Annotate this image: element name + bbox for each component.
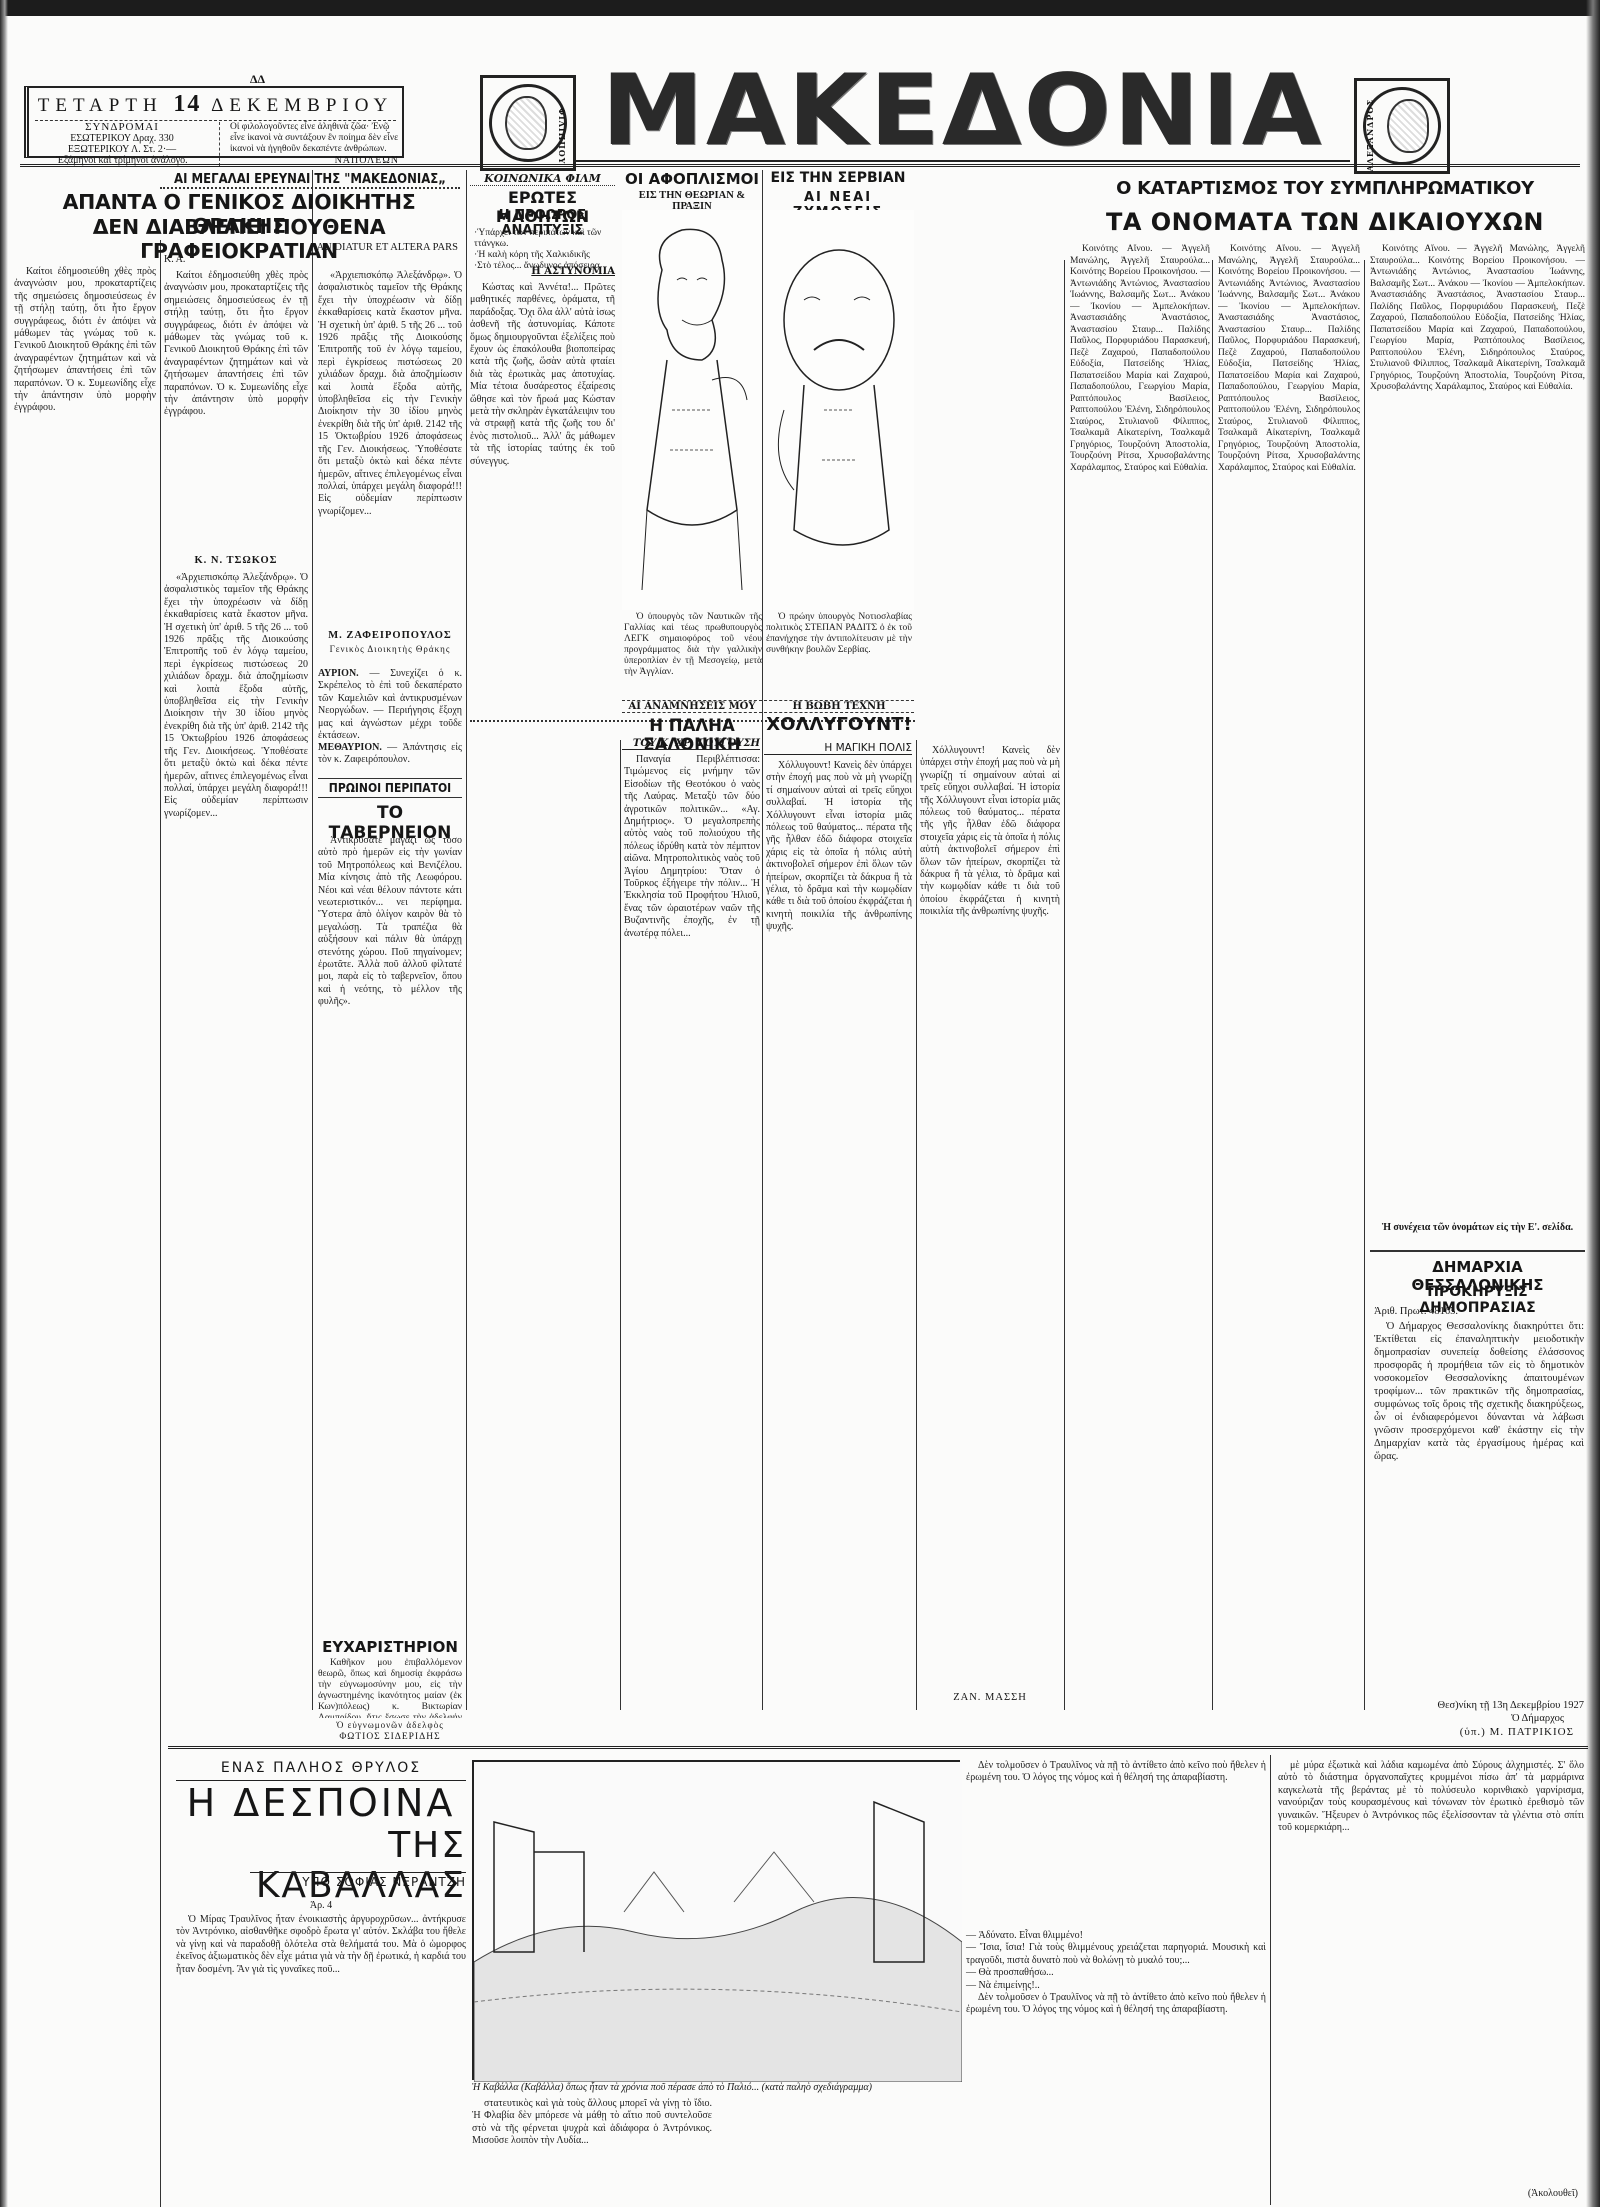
subscription-exterior: ΕΞΩΤΕΡΙΚΟΥ Λ. Στ. 2·—	[37, 144, 207, 155]
hollywood-author: ΖΑΝ. ΜΑΣΣΗ	[920, 1692, 1060, 1703]
hollywood-body-col1: Χόλλυγουντ! Κανεὶς δὲν ὑπάρχει στὴν ἐποχ…	[766, 760, 912, 1680]
students-kicker: ΚΟΙΝΩΝΙΚΑ ΦΙΛΜ	[470, 172, 615, 186]
scan-left-edge	[0, 0, 8, 2207]
thanks-headline: ΕΥΧΑΡΙΣΤΗΡΙΟΝ	[318, 1638, 462, 1656]
column-rule	[620, 740, 621, 1710]
hollywood-headline: ΧΟΛΛΥΓΟΥΝΤ!	[764, 714, 914, 735]
serial-byline: ΥΠΟ ΣΟΦΙΑΣ ΝΕΡΑΝΤΖΗ	[250, 1872, 466, 1889]
day-after-label: ΜΕΘΑΥΡΙΟΝ.	[318, 742, 382, 753]
cartoon-leygues	[622, 210, 762, 610]
landscape-sketch-icon	[474, 1762, 962, 2082]
tender-signatory: (ὑπ.) Μ. ΠΑΤΡΙΚΙΟΣ	[1224, 1726, 1574, 1738]
morning-section: ΠΡΩΙΝΟΙ ΠΕΡΙΠΑΤΟΙ	[318, 778, 462, 798]
tender-reference: Ἀριθ. Πρωτ. 48165.	[1374, 1306, 1584, 1317]
serial-top-rule	[168, 1746, 1588, 1749]
hollywood-body-col2: Χόλλυγουντ! Κανεὶς δὲν ὑπάρχει στὴν ἐποχ…	[920, 745, 1060, 1690]
pension-kicker: Ο ΚΑΤΑΡΤΙΣΜΟΣ ΤΟΥ ΣΥΜΠΛΗΡΩΜΑΤΙΚΟΥ	[1070, 178, 1580, 199]
column-rule	[1064, 260, 1065, 1710]
alexander-head-icon	[1387, 99, 1429, 153]
thanks-name: ΦΩΤΙΟΣ ΣΙΔΕΡΙΔΗΣ	[318, 1732, 462, 1742]
tavern-body: Ἀντικρύσατε μαγαζὶ ὡς τόσο αὐτὸ πρὸ ἡμερ…	[318, 835, 462, 1475]
newspaper-title: ΜΑΚΕΔΟΝΙΑ	[556, 62, 1370, 160]
reply-tomorrow: ΑΥΡΙΟΝ. — Συνεχίζει ὁ κ. Σκρέπελος τὸ ἐπ…	[318, 668, 462, 742]
thrace-body-col2: Καίτοι ἐδημοσιεύθη χθὲς πρὸς ἀναγνώσιν μ…	[164, 270, 308, 550]
memories-section: ΑΙ ΑΝΑΜΝΗΣΕΙΣ ΜΟΥ	[622, 700, 762, 713]
dialogue-line: — Νὰ ἐπιμείνῃς!..	[966, 1980, 1266, 1992]
serial-kicker: ΕΝΑΣ ΠΑΛΗΟΣ ΘΡΥΛΟΣ	[176, 1760, 466, 1776]
tender-signoff: Ὁ Δήμαρχος	[1224, 1713, 1564, 1724]
issue-day: ΤΕΤΑΡΤΗ	[38, 95, 163, 116]
pension-body-col2: Κοινότης Αἴνου. — Ἀγγελῆ Μανώλης, Ἀγγελῆ…	[1218, 244, 1360, 1709]
summary-line: ·Ἡ καλὴ κόρη τῆς Χαλκιδικῆς	[474, 250, 614, 261]
reply-signature-title: Γενικὸς Διοικητὴς Θράκης	[318, 644, 462, 654]
masthead-quote: Οἱ φιλολογοῦντες εἶνε ἀληθινὰ ζῶα· Ἐνῷ ε…	[219, 122, 399, 166]
cartoon1-subtitle: ΕΙΣ ΤΗΝ ΘΕΩΡΙΑΝ & ΠΡΑΞΙΝ	[622, 190, 762, 212]
serial-dialogue-column: Δὲν τολμοῦσεν ὁ Τραυλῖνος νὰ πῇ τὸ ἀντίθ…	[966, 1760, 1266, 2205]
date-subscription-box: ΤΕΤΑΡΤΗ 14 ΔΕΚΕΜΒΡΙΟΥ ΣΥΝΔΡΟΜΑΙ ΕΣΩΤΕΡΙΚ…	[24, 86, 404, 158]
title-rule	[575, 160, 1350, 162]
serial-body-4: μὲ μύρα ἐξωτικὰ καὶ λάδια καμωμένα ἀπὸ Σ…	[1278, 1760, 1584, 2185]
hollywood-section: Η ΒΩΒΗ ΤΕΧΝΗ	[764, 700, 914, 713]
thrace-kicker: ΑΙ ΜΕΓΑΛΑΙ ΕΡΕΥΝΑΙ ΤΗΣ "ΜΑΚΕΔΟΝΙΑΣ„	[160, 172, 460, 189]
cartoon2-title: ΕΙΣ ΤΗΝ ΣΕΡΒΙΑΝ	[764, 170, 912, 186]
subscription-interior: ΕΣΩΤΕΡΙΚΟΥ Δραχ. 330	[37, 133, 207, 144]
serial-continued: (Ἀκολουθεῖ)	[1278, 2188, 1578, 2199]
dialogue-line: — Θὰ προσπαθήσω...	[966, 1967, 1266, 1979]
issue-date: ΤΕΤΑΡΤΗ 14 ΔΕΚΕΜΒΡΙΟΥ	[35, 91, 396, 121]
thrace-body-col1: Καίτοι ἐδημοσιεύθη χθὲς πρὸς ἀναγνώσιν μ…	[14, 266, 156, 1706]
serial-body-1: Ὁ Μίρας Τραυλῖνος ἦταν ἐνοικιαστὴς ἀργυρ…	[176, 1914, 466, 2204]
cartoon2-caption: Ὁ πρώην ὑπουργὸς Νοτιοσλαβίας πολιτικὸς …	[766, 612, 912, 656]
tender-date: Θεσ)νίκη τῇ 13η Δεκεμβρίου 1927	[1224, 1700, 1584, 1711]
tender-body: Ὁ Δήμαρχος Θεσσαλονίκης διακηρύττει ὅτι:…	[1374, 1320, 1584, 1730]
thrace-signature: Κ. Ν. ΤΣΩΚΟΣ	[164, 555, 308, 566]
cartoon1-title: ΟΙ ΑΦΟΠΛΙΣΜΟΙ	[622, 170, 762, 188]
thrace-body-col2-cont: «Ἀρχιεπισκόπῳ Ἀλεξάνδρῳ». Ὁ ἀσφαλιστικὸς…	[164, 572, 308, 1707]
dialogue-line: — Ἀδύνατο. Εἶναι θλιμμένο!	[966, 1930, 1266, 1942]
caricature-figure-icon	[764, 210, 914, 610]
pension-headline: ΤΑ ΟΝΟΜΑΤΑ ΤΩΝ ΔΙΚΑΙΟΥΧΩΝ	[1070, 208, 1580, 236]
column-rule	[312, 170, 313, 1710]
serial-title-2: ΤΗΣ ΚΑΒΑΛΛΑΣ	[176, 1826, 466, 1906]
column-rule	[916, 740, 917, 1710]
subscription-heading: ΣΥΝΔΡΟΜΑΙ	[37, 122, 207, 133]
reply-day-after: ΜΕΘΑΥΡΙΟΝ. — Ἀπάντησις εἰς τὸν κ. Ζαφειρ…	[318, 742, 462, 767]
issue-month: ΔΕΚΕΜΒΡΙΟΥ	[211, 95, 393, 116]
coin-legend: ΑΛΕΞΑΝΔΡΟΣ	[1365, 99, 1375, 172]
memories-body: Παναγία Περιβλέπτισσα: Τιμώμενος εἰς μνή…	[624, 754, 760, 1707]
serial-body-3b: Δὲν τολμοῦσεν ὁ Τραυλῖνος νὰ πῇ τὸ ἀντίθ…	[966, 1992, 1266, 2152]
pension-continued: Ἡ συνέχεια τῶν ὀνομάτων εἰς τὴν Ε'. σελί…	[1370, 1222, 1585, 1233]
column-rule	[1212, 260, 1213, 1710]
laureate-head-icon	[505, 96, 547, 150]
thrace-reply-col3: «Ἀρχιεπισκόπῳ Ἀλεξάνδρῳ». Ὁ ἀσφαλιστικὸς…	[318, 270, 462, 620]
sheet-mark: ΔΔ	[250, 72, 265, 87]
serial-chapter: Ἀρ. 4	[176, 1900, 466, 1911]
scan-top-edge	[0, 0, 1600, 16]
column-rule	[160, 240, 161, 2207]
thrace-motto: AU DIATUR ET ALTERA PARS	[200, 242, 458, 253]
students-section: Η ΑΣΤΥΝΟΜΙΑ	[470, 266, 615, 277]
masthead-rule	[20, 164, 1580, 167]
caricature-figure-icon	[622, 210, 762, 610]
kavala-illustration	[472, 1760, 960, 2080]
thanks-body: Καθῆκον μου ἐπιβαλλόμενον θεωρῶ, ὅπως κα…	[318, 1658, 462, 1718]
scan-right-edge	[1586, 0, 1600, 2207]
column-rule	[1364, 260, 1365, 1710]
serial-body-2: στατευτικὸς καὶ γιὰ τοὺς ἄλλους μπορεῖ ν…	[472, 2098, 712, 2206]
subscription-rates: ΣΥΝΔΡΟΜΑΙ ΕΣΩΤΕΡΙΚΟΥ Δραχ. 330 ΕΞΩΤΕΡΙΚΟ…	[37, 122, 207, 166]
reply-signature-name: Μ. ΖΑΦΕΙΡΟΠΟΥΛΟΣ	[318, 630, 462, 641]
students-body: Κώστας καὶ Ἀννέτα!... Πρῶτες μαθητικές π…	[470, 282, 615, 1707]
memories-byline: ΤΟΥ Κ. ΧΡ. ΓΟΥΓΟΥΣΗ	[622, 738, 760, 750]
thanks-signoff: Ὁ εὐγνωμονῶν ἀδελφὸς	[318, 1720, 462, 1730]
cartoon-raditch	[764, 210, 914, 610]
quote-text: Οἱ φιλολογοῦντες εἶνε ἀληθινὰ ζῶα· Ἐνῷ ε…	[230, 122, 399, 155]
dialogue-line: — Ἴσια, ἴσια! Γιὰ τοὺς θλιμμένους χρειάζ…	[966, 1942, 1266, 1967]
hollywood-subhead: Η ΜΑΓΙΚΗ ΠΟΛΙΣ	[764, 742, 912, 755]
tomorrow-label: ΑΥΡΙΟΝ.	[318, 668, 359, 679]
column-rule	[762, 170, 763, 1710]
tender-rule	[1370, 1250, 1585, 1252]
illustration-caption: Ἡ Καβάλλα (Καβάλλα) ὅπως ἦταν τὰ χρόνια …	[472, 2082, 960, 2093]
summary-line: ·Ὑπάρχει τῶν περιπάτων καὶ τῶν ττάνγκω.	[474, 228, 614, 250]
coin-alexander-emblem: ΑΛΕΞΑΝΔΡΟΣ	[1354, 78, 1450, 174]
column-rule	[1270, 1755, 1271, 2205]
pension-body-col3: Κοινότης Αἴνου. — Ἀγγελῆ Μανώλης, Ἀγγελῆ…	[1370, 244, 1585, 1229]
column-rule	[466, 170, 467, 1710]
serial-body-3a: Δὲν τολμοῦσεν ὁ Τραυλῖνος νὰ πῇ τὸ ἀντίθ…	[966, 1760, 1266, 1930]
pension-body-col1: Κοινότης Αἴνου. — Ἀγγελῆ Μανώλης, Ἀγγελῆ…	[1070, 244, 1210, 1709]
serial-title-1: Η ΔΕΣΠΟΙΝΑ	[176, 1782, 466, 1824]
thrace-byline: Κ. Α.	[164, 254, 185, 265]
issue-date-number: 14	[173, 91, 201, 117]
thrace-headline-2: ΔΕΝ ΔΙΑΒΛΕΠΕΙ ΠΟΥΘΕΝΑ ΓΡΑΦΕΙΟΚΡΑΤΙΑΝ	[14, 215, 464, 263]
cartoon1-caption: Ὁ ὑπουργὸς τῶν Ναυτικῶν τῆς Γαλλίας καὶ …	[624, 612, 762, 678]
